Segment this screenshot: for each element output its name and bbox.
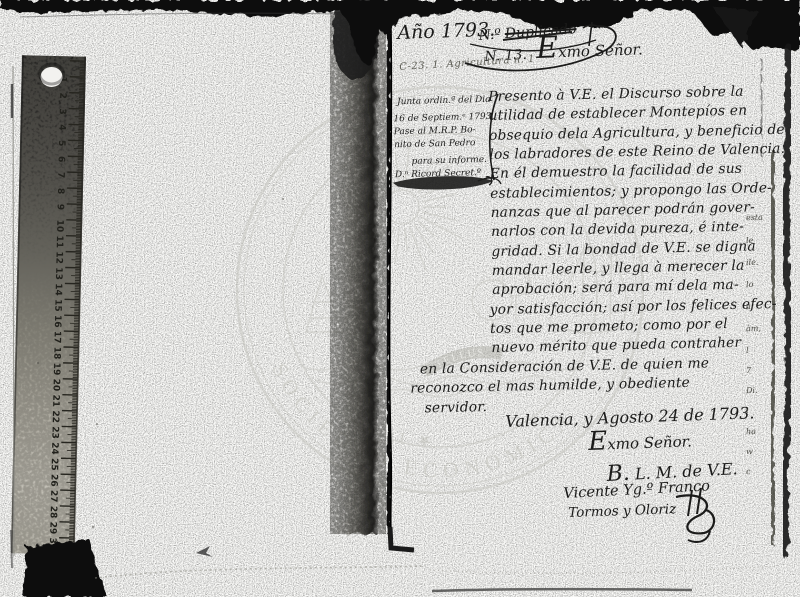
- ruler-number: 21: [50, 394, 60, 407]
- ruler-number: 6: [56, 156, 66, 162]
- edge-text-fragment: ile.: [746, 258, 759, 267]
- edge-text-fragment: l: [746, 346, 749, 355]
- ruler-number: 22: [50, 410, 60, 423]
- ruler-number: 3: [57, 108, 67, 114]
- edge-text-fragment: c: [746, 467, 751, 476]
- ruler-number: 29: [47, 522, 57, 535]
- ruler-number: 27: [48, 490, 58, 503]
- edge-text-fragment: ha: [746, 427, 756, 436]
- ruler-number: 7: [55, 172, 65, 178]
- ruler-number: 19: [51, 363, 61, 376]
- ruler-number: 16: [52, 315, 62, 328]
- edge-text-fragment: i: [746, 406, 749, 415]
- ruler-number: 20: [50, 379, 60, 392]
- ruler-number: 26: [48, 474, 58, 487]
- margin-note-line: nito de San Pedro: [394, 137, 494, 153]
- header-salutation: Exmo Señor.: [536, 40, 643, 62]
- ruler-number: 8: [55, 188, 65, 194]
- edge-text-fragment: a: [746, 302, 751, 311]
- ruler-number: 28: [48, 506, 58, 519]
- scanned-manuscript-page: SOCIEDAD ECONOMICA ★ 1776 TELLUS: [0, 0, 800, 597]
- edge-text-fragment: lo: [746, 280, 754, 289]
- edge-text-fragment: 7: [746, 366, 751, 375]
- ruler-number: 14: [53, 283, 63, 296]
- manuscript-body: Presento à V.E. el Discurso sobre lautil…: [488, 82, 767, 416]
- closing-salutation: Exmo Señor.: [588, 432, 692, 454]
- margin-note-line: Junta ordin.ª del Dia: [397, 94, 493, 110]
- edge-text-fragment: àm,: [746, 324, 761, 334]
- ruler: 1234567891011121314151617181920212223242…: [10, 55, 86, 566]
- ruler-number: 12: [53, 251, 63, 264]
- ruler-number: 15: [52, 299, 62, 312]
- ruler-number: 13: [53, 267, 63, 280]
- ruler-number: 4: [56, 124, 66, 130]
- ruler-number: 10: [54, 220, 64, 233]
- ruler-number: 23: [49, 426, 59, 439]
- margin-note: Junta ordin.ª del Dia16 de Septiem.ᵉ 179…: [393, 94, 495, 183]
- edge-text-fragment: esta: [746, 213, 763, 223]
- next-page-edge-fragments: ,estaleile.loaàm,l7Di.ihawc: [746, 0, 776, 597]
- ruler-number: 24: [49, 442, 59, 455]
- ruler-number: 11: [54, 235, 64, 248]
- ruler-number: 17: [52, 331, 62, 344]
- margin-note-line: D.ⁿ Ricord Secret.º: [395, 167, 495, 183]
- ruler-number: 9: [55, 204, 65, 210]
- ruler-number: 25: [49, 458, 59, 471]
- numero-abbrev: N.º: [478, 26, 501, 44]
- edge-text-fragment: Di.: [746, 386, 758, 395]
- ruler-number: 2: [57, 92, 67, 98]
- edge-text-fragment: le: [746, 236, 754, 245]
- edge-text-fragment: w: [746, 447, 753, 456]
- ruler-number: 18: [51, 347, 61, 360]
- edge-text-fragment: ,: [746, 146, 749, 155]
- ruler-number: 5: [56, 140, 66, 146]
